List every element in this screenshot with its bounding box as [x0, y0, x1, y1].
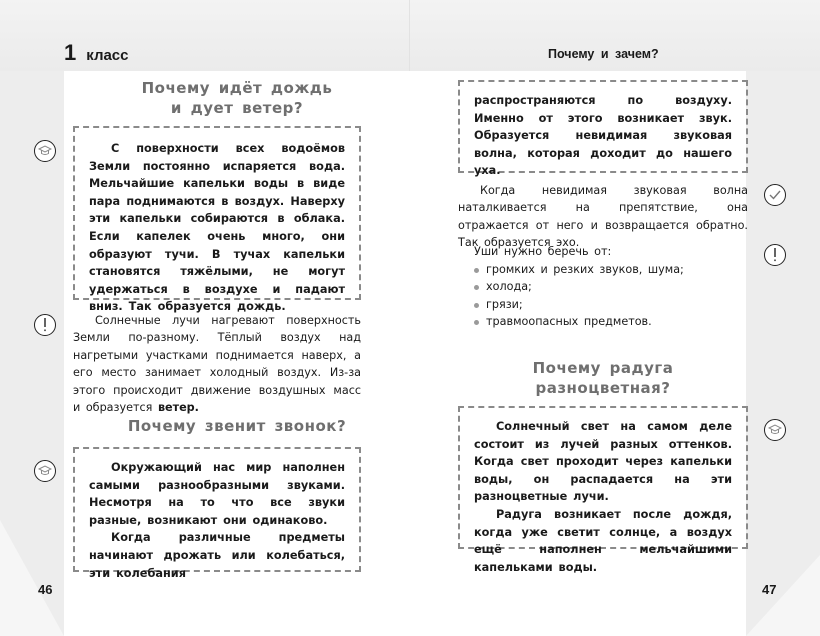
grade-word: класс [86, 47, 128, 64]
bold-term: ветер. [158, 401, 199, 414]
ears-intro: Уши нужно беречь от: [474, 243, 744, 260]
right-margin [746, 71, 820, 636]
graduation-cap-icon [34, 460, 56, 482]
paragraph-text: Солнечные лучи нагревают поверхность Зем… [73, 314, 361, 414]
box-paragraph: Окружающий нас мир наполнен самыми разно… [89, 459, 345, 529]
box-paragraph: Когда различные предметы начинают дрожат… [89, 529, 345, 582]
list-item: травмоопасных предметов. [470, 313, 750, 330]
info-box-sound-continued: распространяются по воздуху. Именно от э… [458, 80, 748, 173]
page-number-right: 47 [762, 582, 776, 597]
echo-paragraph: Когда невидимая звуковая волна наталкива… [458, 182, 748, 252]
graduation-cap-icon [34, 140, 56, 162]
section-heading-rainbow: Почему радуга разноцветная? [458, 358, 748, 398]
heading-line: Почему идёт дождь [64, 78, 410, 98]
page-number-left: 46 [38, 582, 52, 597]
exclamation-icon [764, 244, 786, 266]
box-paragraph: С поверхности всех водоёмов Земли постоя… [89, 140, 345, 316]
heading-line: и дует ветер? [64, 98, 410, 118]
section-heading-rain: Почему идёт дождь и дует ветер? [64, 78, 410, 118]
heading-line: Почему радуга [458, 358, 748, 378]
graduation-cap-icon [764, 419, 786, 441]
list-item: грязи; [470, 296, 750, 313]
info-box-rainbow: Солнечный свет на самом деле состоит из … [458, 406, 748, 549]
list-item: громких и резких звуков, шума; [470, 261, 750, 278]
box-paragraph: Радуга возникает после дождя, когда уже … [474, 506, 732, 576]
checkmark-icon [764, 184, 786, 206]
grade-label: 1 класс [64, 40, 129, 66]
book-spine [409, 0, 410, 71]
box-paragraph: Солнечный свет на самом деле состоит из … [474, 418, 732, 506]
book-title: Почему и зачем? [548, 47, 659, 61]
box-paragraph: распространяются по воздуху. Именно от э… [474, 92, 732, 180]
wind-paragraph: Солнечные лучи нагревают поверхность Зем… [73, 312, 361, 416]
list-item: холода; [470, 278, 750, 295]
right-page-corner [746, 555, 820, 636]
exclamation-icon [34, 314, 56, 336]
left-page-corner [0, 520, 64, 636]
info-box-rain: С поверхности всех водоёмов Земли постоя… [73, 126, 361, 300]
ears-list: громких и резких звуков, шума; холода; г… [470, 261, 750, 331]
info-box-bell: Окружающий нас мир наполнен самыми разно… [73, 447, 361, 572]
section-heading-bell: Почему звенит звонок? [64, 416, 410, 436]
heading-line: разноцветная? [458, 378, 748, 398]
grade-number: 1 [64, 40, 76, 66]
